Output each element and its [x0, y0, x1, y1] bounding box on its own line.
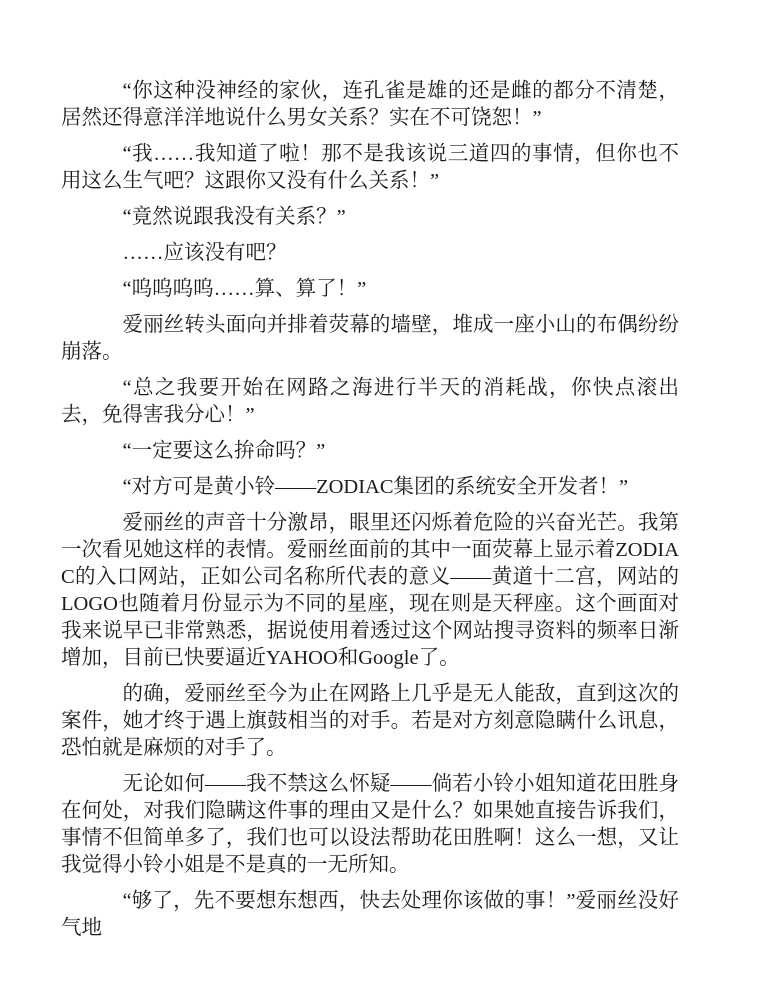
paragraph-dialogue: “一定要这么拚命吗？” [61, 438, 679, 465]
paragraph-narration: 爱丽丝转头面向并排着荧幕的墙壁，堆成一座小山的布偶纷纷崩落。 [61, 312, 679, 366]
paragraph-dialogue: “呜呜呜呜……算、算了！” [61, 276, 679, 303]
paragraph-narration: ……应该没有吧？ [61, 240, 679, 267]
paragraph-narration: 爱丽丝的声音十分激昂，眼里还闪烁着危险的兴奋光芒。我第一次看见她这样的表情。爱丽… [61, 510, 679, 672]
paragraph-narration: 的确，爱丽丝至今为止在网路上几乎是无人能敌，直到这次的案件，她才终于遇上旗鼓相当… [61, 681, 679, 762]
paragraph-dialogue: “竟然说跟我没有关系？” [61, 204, 679, 231]
paragraph-dialogue: “总之我要开始在网路之海进行半天的消耗战，你快点滚出去，免得害我分心！” [61, 375, 679, 429]
paragraph-dialogue: “我……我知道了啦！那不是我该说三道四的事情，但你也不用这么生气吧？这跟你又没有… [61, 141, 679, 195]
paragraph-dialogue: “你这种没神经的家伙，连孔雀是雄的还是雌的都分不清楚，居然还得意洋洋地说什么男女… [61, 78, 679, 132]
novel-page: “你这种没神经的家伙，连孔雀是雄的还是雌的都分不清楚，居然还得意洋洋地说什么男女… [0, 0, 765, 990]
paragraph-narration: 无论如何——我不禁这么怀疑——倘若小铃小姐知道花田胜身在何处，对我们隐瞒这件事的… [61, 771, 679, 879]
paragraph-dialogue: “够了，先不要想东想西，快去处理你该做的事！”爱丽丝没好气地 [61, 888, 679, 942]
paragraph-dialogue: “对方可是黄小铃——ZODIAC集团的系统安全开发者！” [61, 474, 679, 501]
